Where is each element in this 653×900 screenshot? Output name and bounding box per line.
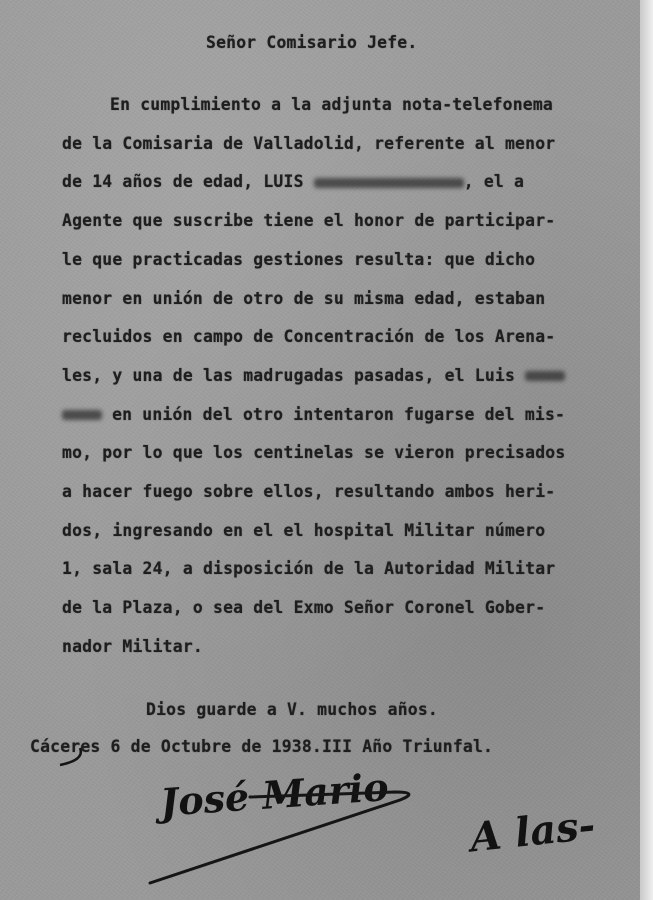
- signature-flourish: [0, 0, 653, 900]
